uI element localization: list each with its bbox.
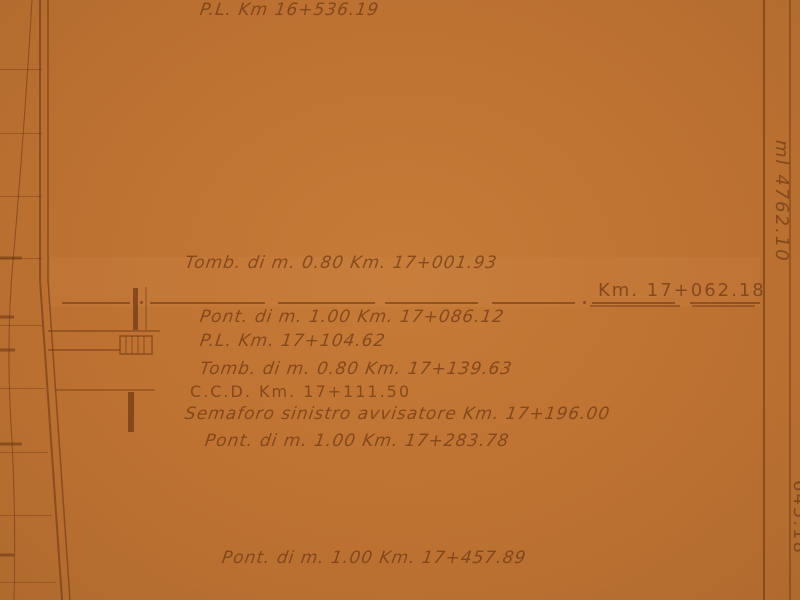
track-dot bbox=[140, 301, 143, 304]
annotation-pl-2: P.L. Km. 17+104.62 bbox=[199, 331, 387, 351]
annotation-pont-3: Pont. di m. 1.00 Km. 17+457.89 bbox=[221, 548, 528, 568]
annotation-semaforo: Semaforo sinistro avvisatore Km. 17+196.… bbox=[184, 404, 612, 424]
annotation-pont-2: Pont. di m. 1.00 Km. 17+283.78 bbox=[204, 431, 511, 451]
annotation-ccd: C.C.D. Km. 17+111.50 bbox=[190, 382, 411, 401]
annotation-pont-1: Pont. di m. 1.00 Km. 17+086.12 bbox=[199, 307, 506, 327]
margin-label-secondary: 645.18 bbox=[789, 480, 800, 555]
track-dot bbox=[583, 301, 586, 304]
annotation-tomb-2: Tomb. di m. 0.80 Km. 17+139.63 bbox=[199, 359, 514, 379]
annotation-station-km: Km. 17+062.18 bbox=[598, 280, 766, 301]
annotation-tomb-1: Tomb. di m. 0.80 Km. 17+001.93 bbox=[184, 253, 499, 273]
margin-label-length: ml 4762.10 bbox=[771, 140, 792, 263]
annotation-pl-top: P.L. Km 16+536.19 bbox=[199, 0, 381, 20]
